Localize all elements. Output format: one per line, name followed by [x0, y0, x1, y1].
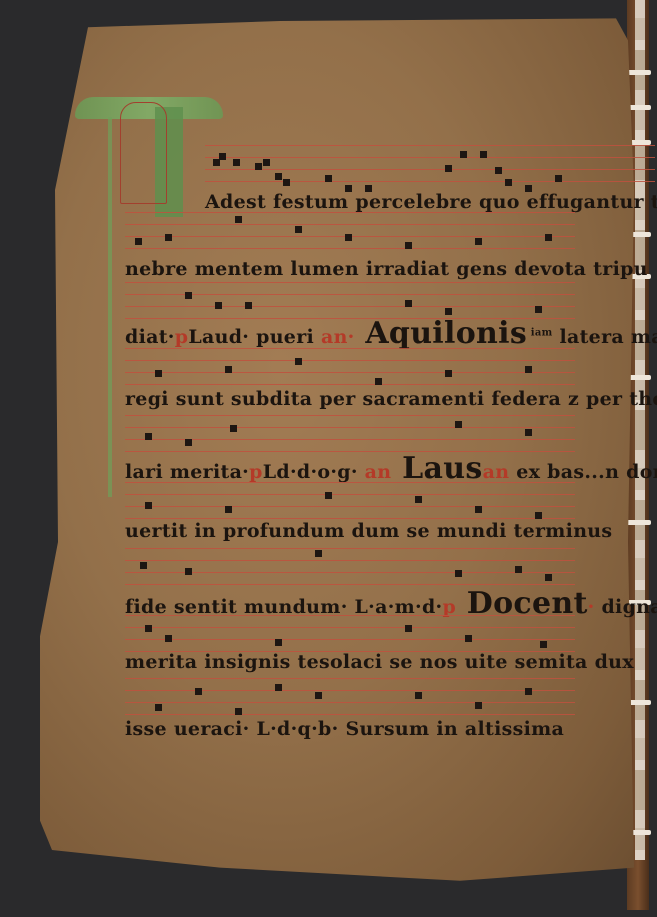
- lyric-line-4: regi sunt subdita per sacramenti federa …: [125, 388, 657, 410]
- staff: [205, 145, 655, 185]
- staff: [125, 415, 575, 455]
- lyric-line-2: nebre mentem lumen irradiat gens devota …: [125, 258, 648, 280]
- staff: [125, 548, 575, 588]
- staff: [125, 212, 575, 252]
- lyric-line-9: isse ueraci· L·d·q·b· Sursum in altissim…: [125, 718, 564, 740]
- manuscript-page: Adest festum percelebre quo effugantur t…: [0, 0, 657, 917]
- lyric-line-3: diat·pLaud· pueri an· Aquilonis iam late…: [125, 316, 657, 351]
- initial-border-line: [108, 117, 112, 497]
- staff: [125, 348, 575, 388]
- staff: [125, 615, 575, 655]
- lyric-line-1: Adest festum percelebre quo effugantur t…: [205, 191, 657, 213]
- lyric-line-6: uertit in profundum dum se mundi terminu…: [125, 520, 612, 542]
- initial-sketch-frame: [120, 102, 167, 204]
- staff: [125, 678, 575, 718]
- lyric-line-8: merita insignis tesolaci se nos uite sem…: [125, 651, 634, 673]
- lyric-line-5: lari merita·pLd·d·o·g· an Lausan ex bas.…: [125, 451, 657, 486]
- staff: [125, 482, 575, 522]
